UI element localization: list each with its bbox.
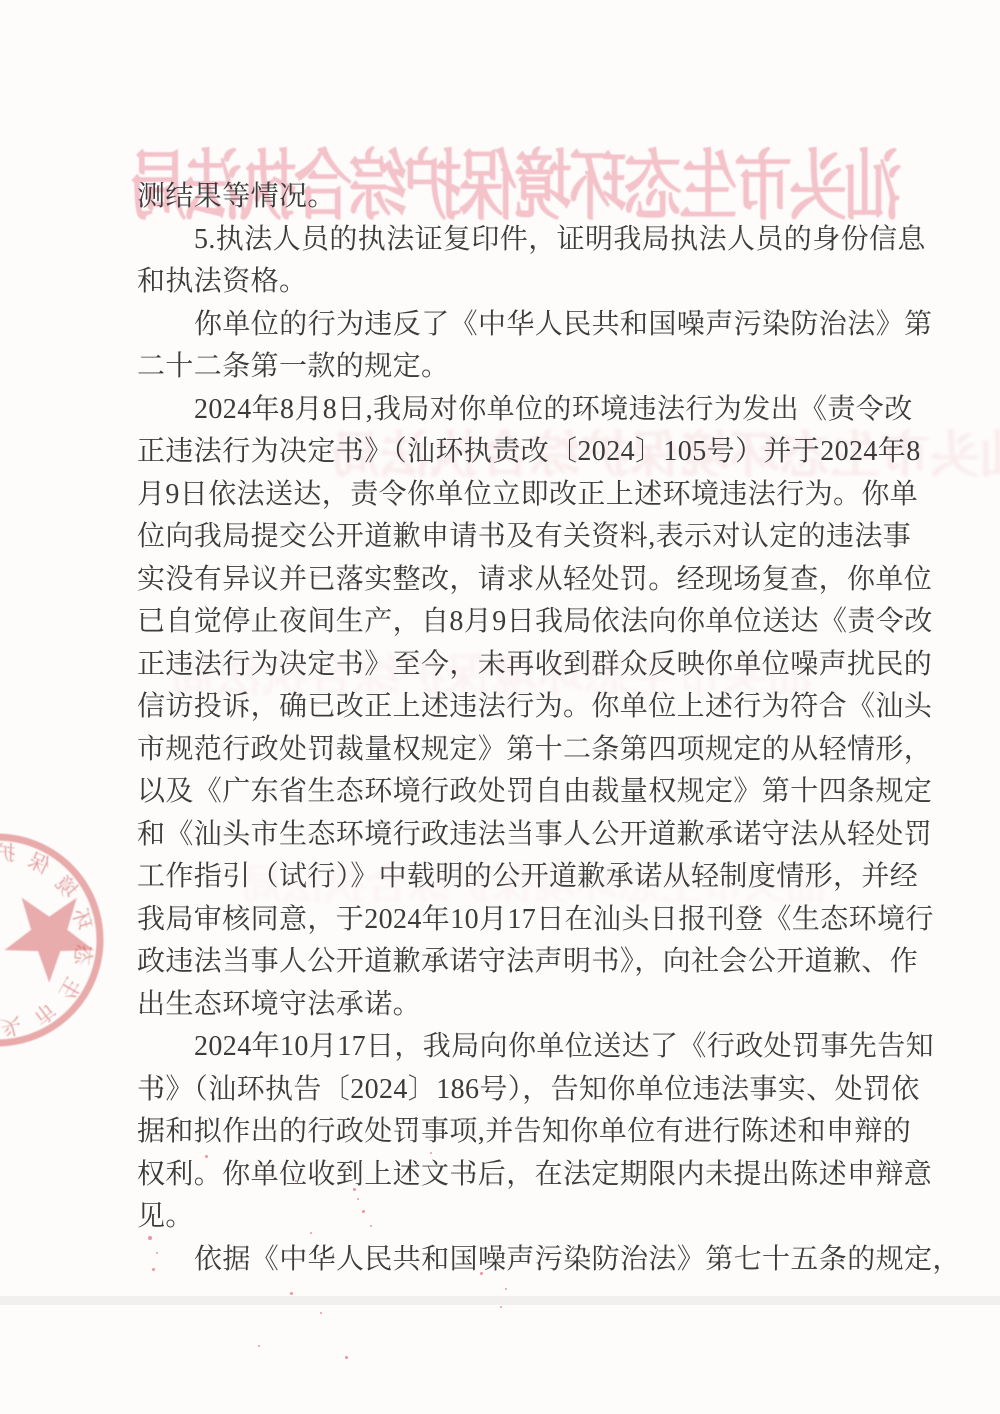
document-line: 以及《广东省生态环境行政处罚自由裁量权规定》第十四条规定 [137,771,899,814]
document-line: 我局审核同意，于2024年10月17日在汕头日报刊登《生态环境行 [137,899,899,942]
document-line: 书》（汕环执告〔2024〕186号），告知你单位违法事实、处罚依 [137,1069,899,1112]
document-line: 测结果等情况。 [137,176,899,219]
document-line: 2024年8月8日,我局对你单位的环境违法行为发出《责令改 [137,389,899,432]
document-line: 位向我局提交公开道歉申请书及有关资料,表示对认定的违法事 [137,516,899,559]
document-line: 和《汕头市生态环境行政违法当事人公开道歉承诺守法从轻处罚 [137,814,899,857]
seal-star-icon [0,881,99,992]
document-line: 正违法行为决定书》（汕环执责改〔2024〕105号）并于2024年8 [137,431,899,474]
seal-border [0,825,127,1070]
document-line: 依据《中华人民共和国噪声污染防治法》第七十五条的规定， [137,1239,899,1282]
document-line: 见。 [137,1196,899,1239]
ink-speckle [258,1345,260,1347]
ink-speckle [290,1292,293,1295]
document-line: 已自觉停止夜间生产，自8月9日我局依法向你单位送达《责令改 [137,601,899,644]
document-line: 月9日依法送达，责令你单位立即改正上述环境违法行为。你单 [137,474,899,517]
document-line: 工作指引（试行）》中载明的公开道歉承诺从轻制度情形，并经 [137,856,899,899]
document-line: 实没有异议并已落实整改，请求从轻处罚。经现场复查，你单位 [137,559,899,602]
document-line: 出生态环境守法承诺。 [137,984,899,1027]
seal-text: 汕头市生态环境保护综合执法局 [0,825,139,1081]
document-line: 市规范行政处罚裁量权规定》第十二条第四项规定的从轻情形， [137,729,899,772]
document-line: 5.执法人员的执法证复印件，证明我局执法人员的身份信息 [137,219,899,262]
ink-speckle [500,1306,502,1308]
ink-speckle [505,1288,507,1290]
document-line: 你单位的行为违反了《中华人民共和国噪声污染防治法》第 [137,304,899,347]
ink-speckle [320,1312,322,1314]
ink-speckle [345,1356,348,1359]
document-line: 正违法行为决定书》至今，未再收到群众反映你单位噪声扰民的 [137,644,899,687]
document-text-block: 测结果等情况。5.执法人员的执法证复印件，证明我局执法人员的身份信息和执法资格。… [137,176,899,1281]
official-seal: 汕头市生态环境保护综合执法局 [0,825,140,1085]
document-line: 权利。你单位收到上述文书后，在法定期限内未提出陈述申辩意 [137,1154,899,1197]
document-line: 和执法资格。 [137,261,899,304]
document-line: 二十二条第一款的规定。 [137,346,899,389]
document-line: 据和拟作出的行政处罚事项,并告知你单位有进行陈述和申辩的 [137,1111,899,1154]
document-line: 信访投诉，确已改正上述违法行为。你单位上述行为符合《汕头 [137,686,899,729]
scan-artifact-band [0,1296,1000,1305]
document-page: 汕头市生态环境保护综合执法局 汕头市生态环境保护综合执法局 汕头市生态环境保护综… [0,0,1000,1414]
document-line: 政违法当事人公开道歉承诺守法声明书》，向社会公开道歉、作 [137,941,899,984]
document-line: 2024年10月17日，我局向你单位送达了《行政处罚事先告知 [137,1026,899,1069]
